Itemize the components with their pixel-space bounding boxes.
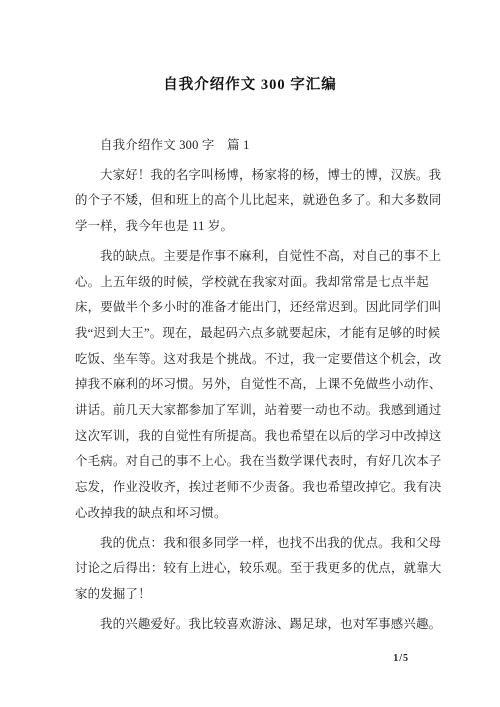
document-page: 自我介绍作文 300 字汇编 自我介绍作文 300 字 篇 1 大家好！我的名字… (0, 0, 500, 707)
paragraph-hobbies: 我的兴趣爱好。我比较喜欢游泳、踢足球，也对军事感兴趣。 (75, 612, 433, 638)
essay-heading-paragraph: 自我介绍作文 300 字 篇 1 (75, 133, 433, 159)
text-line: 掉我不麻利的坏习惯。另外，自觉性不高，上课不免做些小动作、 (75, 372, 433, 398)
page-number: 1/5 (75, 652, 409, 666)
text-line: 我的优点：我和很多同学一样，也找不出我的优点。我和父母 (75, 531, 433, 557)
text-line: 的个子不矮，但和班上的高个儿比起来，就逊色多了。和大多数同 (75, 188, 433, 214)
text-line: 我的兴趣爱好。我比较喜欢游泳、踢足球，也对军事感兴趣。 (75, 612, 433, 638)
text-line: 学一样，我今年也是 11 岁。 (75, 214, 433, 240)
document-title: 自我介绍作文 300 字汇编 (0, 76, 500, 94)
text-line: 大家好！我的名字叫杨博，杨家将的杨，博士的博，汉族。我 (75, 163, 433, 189)
text-line: 讲话。前几天大家都参加了军训，站着要一动也不动。我感到通过 (75, 398, 433, 424)
text-line: 忘发，作业没收齐，挨过老师不少责备。我也希望改掉它。我有决 (75, 475, 433, 501)
essay-body: 自我介绍作文 300 字 篇 1 大家好！我的名字叫杨博，杨家将的杨，博士的博，… (75, 133, 433, 637)
text-line: 床，要做半个多小时的准备才能出门，还经常迟到。因此同学们叫 (75, 295, 433, 321)
text-line: 这次军训，我的自觉性有所提高。我也希望在以后的学习中改掉这 (75, 424, 433, 450)
text-line: 心改掉我的缺点和坏习惯。 (75, 501, 433, 527)
text-line: 心。上五年级的时候，学校就在我家对面。我却常常是七点半起 (75, 270, 433, 296)
text-line: 吃饭、坐车等。这对我是个挑战。不过，我一定要借这个机会，改 (75, 347, 433, 373)
essay-heading: 自我介绍作文 300 字 篇 1 (75, 133, 433, 159)
text-line: 我“迟到大王”。现在，最起码六点多就要起床，才能有足够的时候 (75, 321, 433, 347)
text-line: 个毛病。对自己的事不上心。我在当数学课代表时，有好几次本子 (75, 449, 433, 475)
paragraph-strengths: 我的优点：我和很多同学一样，也找不出我的优点。我和父母 讨论之后得出：较有上进心… (75, 531, 433, 608)
paragraph-shortcomings: 我的缺点。主要是作事不麻利，自觉性不高，对自己的事不上 心。上五年级的时候，学校… (75, 244, 433, 527)
paragraph-intro: 大家好！我的名字叫杨博，杨家将的杨，博士的博，汉族。我 的个子不矮，但和班上的高… (75, 163, 433, 240)
text-line: 讨论之后得出：较有上进心，较乐观。至于我更多的优点，就靠大 (75, 556, 433, 582)
text-line: 我的缺点。主要是作事不麻利，自觉性不高，对自己的事不上 (75, 244, 433, 270)
text-line: 家的发掘了！ (75, 582, 433, 608)
